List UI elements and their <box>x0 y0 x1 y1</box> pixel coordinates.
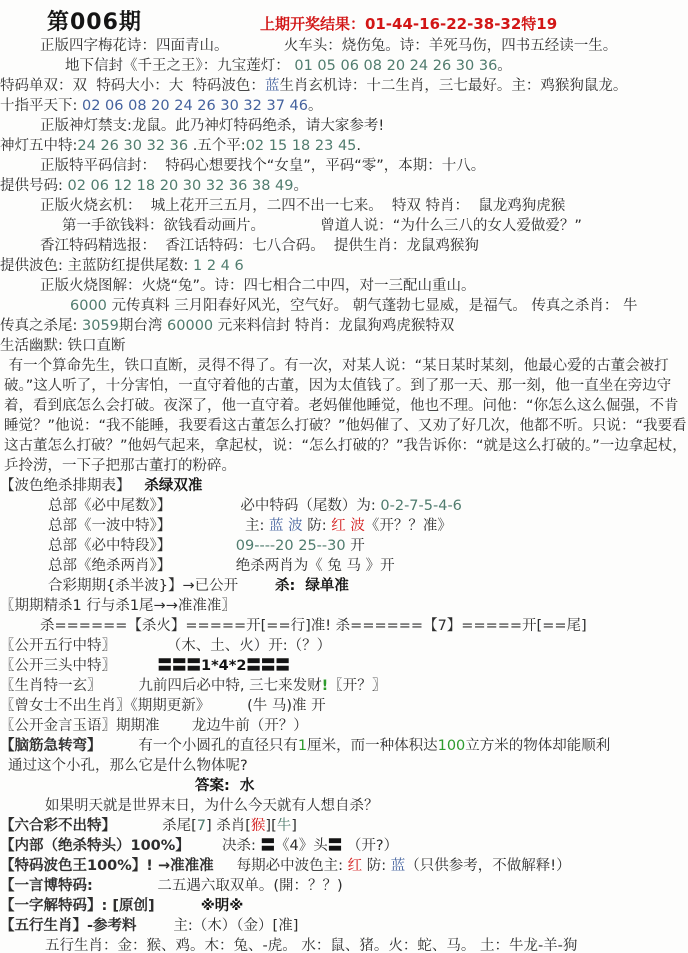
text-segment: 蓝 波 <box>269 518 303 534</box>
text-segment: 总部《绝杀两肖》】 绝杀两肖为《 兔 马 》开 <box>48 558 395 574</box>
text-line: 传真之杀尾: 3059期台湾 60000 元来料信封 特肖：龙鼠狗鸡虎猴特双 <box>0 316 688 336</box>
text-segment: 1 2 4 6 <box>193 258 244 274</box>
text-segment: 。 <box>294 178 309 194</box>
text-line: 【五行生肖】-参考料 主:（木）（金）[准] <box>0 916 688 936</box>
text-segment: 02 06 08 20 24 26 30 32 37 46 <box>82 98 308 114</box>
text-segment: 生活幽默: 铁口直断 <box>0 338 126 354</box>
text-segment: 蓝 <box>265 78 280 94</box>
text-segment: 传真之杀尾: <box>0 318 82 334</box>
text-segment: 厘米，而一种体积达 <box>307 738 438 754</box>
text-segment: 神灯五中特: <box>0 138 77 154</box>
text-line: 杀======【杀火】=====开[==行]准! 杀======【7】=====… <box>40 616 688 636</box>
text-line: 〖公开五行中特〗 （木、土、火）开:（？） <box>0 636 688 656</box>
text-line: 十指平天下: 02 06 08 20 24 26 30 32 37 46。 <box>0 96 688 116</box>
text-segment: 〖公开金言玉语〗期期准 龙边牛前（开？） <box>0 718 308 734</box>
text-line: 香江特码精选报： 香江话特码：七八合码。 提供生肖：龙鼠鸡猴狗 <box>40 236 688 256</box>
text-segment: 杀绿双准 <box>144 478 202 494</box>
text-segment: 3059 <box>82 318 119 334</box>
text-segment: 正版四字梅花诗：四面青山。 火车头：烧伤兔。诗：羊死马伤，四书五经读一生。 <box>40 38 617 54</box>
text-segment: 02 15 18 23 45 <box>246 138 357 154</box>
text-segment: 有一个小圆孔的直径只有 <box>102 738 298 754</box>
text-line: 神灯五中特:24 26 30 32 36 .五个平:02 15 18 23 45… <box>0 136 688 156</box>
text-segment: 立方米的物体却能顺利 <box>465 738 610 754</box>
text-segment: 02 06 12 18 20 30 32 36 38 49 <box>68 178 294 194</box>
text-line: 【六合彩不出特】 杀尾[7] 杀肖[猴][牛] <box>0 816 688 836</box>
text-segment: 01 05 06 08 20 24 26 30 36 <box>294 58 497 74</box>
text-segment: 每期必中波色主: <box>214 858 348 874</box>
text-segment: 五行生肖：金：猴、鸡。木：兔、-虎。 水：鼠、猪。火：蛇、马。 土：牛龙-羊-狗 <box>45 938 577 953</box>
text-segment: 特码单双：双 特码大小：大 特码波色： <box>0 78 265 94</box>
text-segment: 牛 <box>277 818 292 834</box>
text-segment: 十指平天下: <box>0 98 82 114</box>
text-line: 总部《绝杀两肖》】 绝杀两肖为《 兔 马 》开 <box>48 556 688 576</box>
text-segment: 红 波 <box>331 518 365 534</box>
text-line: 提供号码: 02 06 12 18 20 30 32 36 38 49。 <box>0 176 688 196</box>
text-segment: 元传真料 三月阳春好风光，空气好。 朝气蓬勃七显威，是福气。 传真之杀肖： 牛 <box>107 298 638 314</box>
text-segment: 《开？？准》 <box>365 518 452 534</box>
text-segment: 防: <box>303 518 332 534</box>
text-segment: 1 <box>298 738 307 754</box>
text-line: 【一字解特码】: [原创] ※明※ <box>0 896 688 916</box>
text-line: 生活幽默: 铁口直断 <box>0 336 688 356</box>
text-line: 总部《一波中特》】 主: 蓝 波 防: 红 波《开？？准》 <box>48 516 688 536</box>
text-line: 正版火烧玄机： 城上花开三五月，二四不出一七来。 特双 特肖： 鼠龙鸡狗虎猴 <box>40 196 688 216</box>
text-line: 提供波色: 主蓝防红提供尾数: 1 2 4 6 <box>0 256 688 276</box>
text-line: 〖公开三头中特〗 〓〓〓1*4*2〓〓〓 <box>0 656 688 676</box>
text-segment: 【内部（绝杀特头）100%】 <box>0 838 190 854</box>
text-line: 【脑筋急转弯】 有一个小圆孔的直径只有1厘米，而一种体积达100立方米的物体却能… <box>0 736 688 756</box>
text-segment: 决杀: <box>190 838 261 854</box>
text-segment: 提供号码: <box>0 178 68 194</box>
text-segment: 6000 <box>70 298 107 314</box>
text-segment: 正版火烧图解：火烧“兔”。诗：四七相合二中四，对一三配山重山。 <box>40 278 476 294</box>
text-segment: 开 <box>346 538 365 554</box>
text-segment: 杀尾[ <box>116 818 197 834</box>
text-segment: （只供参考，不做解释!） <box>405 858 570 874</box>
text-line: 合彩期期{杀半波}】→已公开 杀: 绿单准 <box>48 576 688 596</box>
text-segment: 总部《必中特段》】 <box>48 538 236 554</box>
text-line: 正版特平码信封： 特码心想要找个“女皇”，平码“零”，本期：十八。 <box>40 156 688 176</box>
text-segment: 杀======【杀火】=====开[==行]准! 杀======【7】=====… <box>40 618 587 634</box>
text-segment: 100 <box>438 738 466 754</box>
text-segment: 答案: 水 <box>195 778 254 794</box>
text-segment: ] <box>291 818 297 834</box>
text-line: 【特码波色王100%】! →准准准 每期必中波色主: 红 防: 蓝（只供参考，不… <box>0 856 688 876</box>
text-line: 〖生肖特一玄〗 九前四后必中特, 三七来发财!〖开？〗 <box>0 676 688 696</box>
text-segment: 〖开？〗 <box>328 678 386 694</box>
text-segment: 杀: 绿单准 <box>275 578 349 594</box>
text-segment: 24 26 30 32 36 <box>77 138 188 154</box>
text-line: 第一手欲钱料：欲钱看动画片。 曾道人说：“为什么三八的女人爱做爱？” <box>62 216 688 236</box>
text-segment: 〖曾女士不出生肖〗《期期更新》 (牛 马)准 开 <box>0 698 326 714</box>
document-lines: 正版四字梅花诗：四面青山。 火车头：烧伤兔。诗：羊死马伤，四书五经读一生。地下信… <box>0 36 688 953</box>
text-segment: .五个平: <box>188 138 246 154</box>
text-segment: 红 <box>348 858 363 874</box>
text-segment: 【六合彩不出特】 <box>0 818 116 834</box>
text-line: 有一个算命先生，铁口直断，灵得不得了。有一次，对某人说：“某日某时某刻，他最心爱… <box>4 356 688 476</box>
text-segment: ※明※ <box>201 898 244 914</box>
text-line: 〖公开金言玉语〗期期准 龙边牛前（开？） <box>0 716 688 736</box>
text-segment: 蓝 <box>391 858 406 874</box>
text-line: 答案: 水 <box>195 776 688 796</box>
text-segment: 提供波色: 主蓝防红提供尾数: <box>0 258 193 274</box>
text-segment: 【五行生肖】-参考料 <box>0 918 137 934</box>
text-segment: 二五遇六取双单。(開：？？) <box>93 878 343 894</box>
text-segment: 地下信封《千王之王》：九宝莲灯： <box>65 58 294 74</box>
text-segment: 有一个算命先生，铁口直断，灵得不得了。有一次，对某人说：“某日某时某刻，他最心爱… <box>4 358 687 474</box>
text-line: 正版神灯禁支:龙鼠。此乃神灯特码绝杀，请大家参考! <box>40 116 688 136</box>
text-segment: 〖生肖特一玄〗 九前四后必中特, 三七来发财 <box>0 678 322 694</box>
text-segment: 【一言博特码: <box>0 878 93 894</box>
text-segment: 《4》头 <box>275 838 328 854</box>
text-segment: 正版神灯禁支:龙鼠。此乃神灯特码绝杀，请大家参考! <box>40 118 384 134</box>
text-line: 【一言博特码: 二五遇六取双单。(開：？？) <box>0 876 688 896</box>
text-segment: 〓 <box>261 838 276 854</box>
text-segment: 通过这个小孔，那么它是什么物体呢? <box>8 758 248 774</box>
text-line: 正版火烧图解：火烧“兔”。诗：四七相合二中四，对一三配山重山。 <box>40 276 688 296</box>
text-line: 总部《必中特段》】 09----20 25--30 开 <box>48 536 688 556</box>
text-segment: 香江特码精选报： 香江话特码：七八合码。 提供生肖：龙鼠鸡猴狗 <box>40 238 479 254</box>
text-line: 6000 元传真料 三月阳春好风光，空气好。 朝气蓬勃七显威，是福气。 传真之杀… <box>70 296 688 316</box>
text-segment: 总部《一波中特》】 主: <box>48 518 269 534</box>
text-segment: 如果明天就是世界末日，为什么今天就有人想自杀？ <box>45 798 379 814</box>
text-segment: 元来料信封 特肖：龙鼠狗鸡虎猴特双 <box>213 318 454 334</box>
text-segment: 09----20 25--30 <box>236 538 346 554</box>
text-segment: 【波色绝杀排期表】 <box>0 478 144 494</box>
text-segment: 合彩期期{杀半波}】→已公开 <box>48 578 275 594</box>
text-segment: 。 <box>308 98 323 114</box>
text-segment: 〖公开三头中特〗 <box>0 658 157 674</box>
text-segment: 正版火烧玄机： 城上花开三五月，二四不出一七来。 特双 特肖： 鼠龙鸡狗虎猴 <box>40 198 565 214</box>
text-segment: 〓〓〓1*4*2〓〓〓 <box>157 658 289 674</box>
text-line: 【波色绝杀排期表】 杀绿双准 <box>0 476 688 496</box>
text-line: 通过这个小孔，那么它是什么物体呢? <box>8 756 688 776</box>
text-segment: 【一字解特码】: [原创] <box>0 898 155 914</box>
text-line: 【内部（绝杀特头）100%】 决杀: 〓《4》头〓 （开?） <box>0 836 688 856</box>
text-line: 地下信封《千王之王》：九宝莲灯： 01 05 06 08 20 24 26 30… <box>65 56 688 76</box>
last-draw-result: 上期开奖结果：01-44-16-22-38-32特19 <box>260 13 557 34</box>
text-segment: 总部《必中尾数》】 必中特码（尾数）为: <box>48 498 380 514</box>
text-line: 如果明天就是世界末日，为什么今天就有人想自杀？ <box>45 796 688 816</box>
text-segment: 生肖玄机诗：十二生肖，三七最好。主：鸡猴狗鼠龙。 <box>279 78 627 94</box>
text-segment <box>155 898 201 914</box>
text-segment: . <box>356 138 361 154</box>
header-row: 第006期 上期开奖结果：01-44-16-22-38-32特19 <box>0 5 688 33</box>
text-segment: 7 <box>197 818 206 834</box>
text-segment: 主:（木）（金）[准] <box>137 918 299 934</box>
text-segment: 正版特平码信封： 特码心想要找个“女皇”，平码“零”，本期：十八。 <box>40 158 485 174</box>
text-segment: 60000 <box>167 318 213 334</box>
text-segment: 第一手欲钱料：欲钱看动画片。 曾道人说：“为什么三八的女人爱做爱？” <box>62 218 582 234</box>
text-line: 五行生肖：金：猴、鸡。木：兔、-虎。 水：鼠、猪。火：蛇、马。 土：牛龙-羊-狗 <box>45 936 688 953</box>
text-segment: ] 杀肖[ <box>206 818 251 834</box>
text-segment: （开?） <box>342 838 398 854</box>
text-segment: 。 <box>497 58 512 74</box>
text-line: 〖曾女士不出生肖〗《期期更新》 (牛 马)准 开 <box>0 696 688 716</box>
text-line: 特码单双：双 特码大小：大 特码波色：蓝生肖玄机诗：十二生肖，三七最好。主：鸡猴… <box>0 76 688 96</box>
text-segment: 防: <box>362 858 391 874</box>
lottery-tip-sheet: 第006期 上期开奖结果：01-44-16-22-38-32特19 正版四字梅花… <box>0 0 688 953</box>
text-line: 总部《必中尾数》】 必中特码（尾数）为: 0-2-7-5-4-6 <box>48 496 688 516</box>
text-segment: 0-2-7-5-4-6 <box>380 498 462 514</box>
text-line: 正版四字梅花诗：四面青山。 火车头：烧伤兔。诗：羊死马伤，四书五经读一生。 <box>40 36 688 56</box>
text-segment: ][ <box>265 818 276 834</box>
text-segment: 期台湾 <box>119 318 167 334</box>
text-segment: 〖公开五行中特〗 （木、土、火）开:（？） <box>0 638 331 654</box>
text-segment: 【特码波色王100%】! →准准准 <box>0 858 214 874</box>
text-line: 〖期期精杀1 行与杀1尾→→准准准〗 <box>0 596 688 616</box>
text-segment: 猴 <box>251 818 266 834</box>
issue-number: 第006期 <box>47 5 142 36</box>
text-segment: 〖期期精杀1 行与杀1尾→→准准准〗 <box>0 598 236 614</box>
text-segment: 【脑筋急转弯】 <box>0 738 102 754</box>
text-segment: 〓 <box>328 838 343 854</box>
